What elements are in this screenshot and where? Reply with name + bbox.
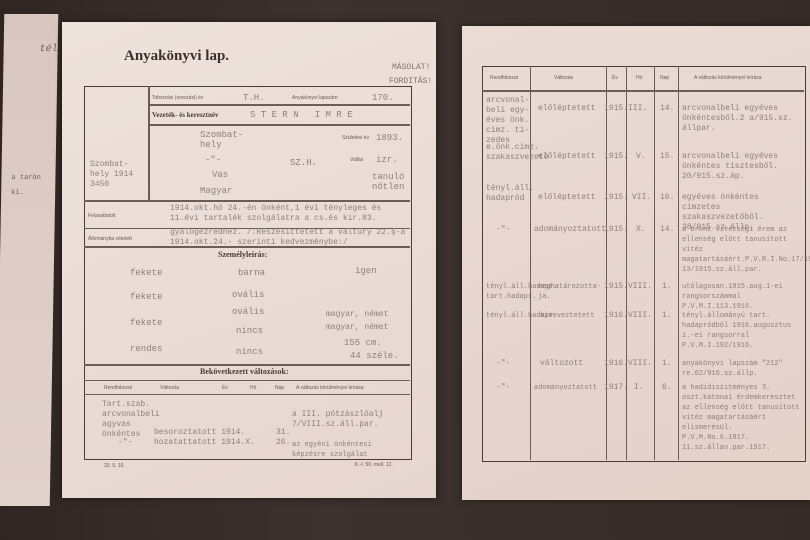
speaks-value: magyar, német (326, 310, 388, 320)
hair-value: fekete (130, 268, 162, 278)
face-value: ovális (232, 307, 264, 317)
reg-no-value: 170. (372, 93, 394, 103)
row-month: I. (634, 383, 644, 393)
row-year: 1915. (604, 152, 628, 162)
row-month: X. (636, 225, 646, 235)
row-desc: anyakönyvi lapszám "212" re.62/916.sz.ál… (682, 359, 802, 379)
change-desc: a III. pótzászlóalj 7/VIII.sz.áll.par. (292, 410, 404, 430)
height-value: 155 cm. (344, 338, 382, 348)
birth-place: Szombat-hely (200, 130, 246, 150)
col-year: Év (222, 385, 228, 391)
fragment-text: ki. (11, 189, 24, 197)
col-month: Hó (636, 75, 642, 81)
change-type: hozatattatott 1914.X. (154, 438, 255, 448)
copy-stamp: MÁSOLAT! (392, 63, 430, 72)
row-month: V. (636, 152, 646, 162)
left-document-fragment: tél a tarön ki. (0, 14, 58, 506)
row-day: 16. (660, 193, 674, 203)
row-month: III. (628, 104, 647, 114)
row-month: VII. (632, 193, 651, 203)
status-label: Állományba vétetett (88, 236, 132, 242)
col-change: Változás (554, 75, 573, 81)
row-change: előléptetett (538, 104, 596, 114)
birth-year-value: 1893. (376, 133, 403, 143)
row-change: változott (540, 359, 583, 369)
recruit-year-label: Toborzási (sorozási) év (152, 95, 203, 101)
residence-district: SZ.H. (290, 158, 317, 168)
row-year: 1916. (604, 311, 628, 321)
row-change: adományoztatott (534, 383, 598, 393)
row-month: VIII. (628, 359, 652, 369)
marks-value: nincs (236, 326, 263, 336)
name-label: Vezeték- és keresztnév (152, 111, 218, 119)
entry-value: 1914.okt.hó 24.-én önként,1 évi ténylege… (170, 204, 408, 224)
writes-value: magyar, német (326, 323, 388, 333)
birth-county: Vas (212, 170, 228, 180)
col-desc: A változás körülményei leírása (296, 385, 364, 391)
eyebrows-value: fekete (130, 318, 162, 328)
row-day: 1. (662, 282, 672, 292)
row-change: előléptetett (538, 152, 596, 162)
footer-right: K.-I. 50. mell. 12. (355, 462, 393, 468)
row-desc: arcvonalbeli egyéves önkéntesből.2 a/915… (682, 104, 802, 134)
change-type: besoroztatott 1914. (154, 428, 245, 438)
row-desc: a bronz vitézségi érem az ellenség előtt… (682, 225, 802, 275)
row-day: 15. (660, 152, 674, 162)
col-change: Változás (160, 385, 179, 391)
birth-country: Magyar (200, 186, 232, 196)
change-day: 31. (276, 428, 290, 438)
birth-year-label: Születési év (342, 135, 369, 141)
row-rank: -"- (496, 225, 510, 235)
occupation-value: tanuló nőtlen (372, 172, 408, 192)
row-year: 1915. (604, 225, 628, 235)
chin-value: ovális (232, 290, 264, 300)
changes-title: Bekövetkezett változások: (200, 367, 289, 376)
row-desc: arcvonalbeli egyéves önkéntes tisztesből… (682, 152, 802, 182)
row-desc: tényl.állományú tart. hadapródból 1916.a… (682, 311, 802, 351)
row-rank: -"- (496, 383, 510, 393)
name-value: S T E R N I M R E (250, 110, 353, 120)
eyes-value: fekete (130, 292, 162, 302)
row-year: 1916. (604, 359, 628, 369)
col-rank: Rendfokozat (104, 385, 132, 391)
fragment-text: tél (40, 44, 58, 55)
row-day: 6. (662, 383, 672, 393)
footer-left: 20. 5. 16. (104, 463, 125, 469)
shoe-value: 44 széle. (350, 351, 399, 361)
col-year: Év (612, 75, 618, 81)
mouth-value: barna (238, 268, 265, 278)
side-note: Szombat-hely 1914 3450 (90, 160, 140, 190)
reg-no-label: Anyakönyvi lapszám (292, 95, 338, 101)
row-rank: e.önk.cimz. szakaszvezető (486, 143, 530, 163)
row-change: előléptetett (538, 193, 596, 203)
col-month: Hó (250, 385, 256, 391)
birth-district: -"- (205, 155, 221, 165)
row-day: 1. (662, 359, 672, 369)
row-day: 1. (662, 311, 672, 321)
entry-label: Felavattatott (88, 213, 116, 219)
description-title: Személyleírás: (218, 250, 267, 259)
row-day: 14. (660, 104, 674, 114)
row-year: 1915. (604, 104, 628, 114)
status-value: gyalogezredhez. /:Részesíttetett a váltü… (170, 228, 408, 248)
row-year: 1917. (604, 383, 628, 393)
row-change: meghatározotta-ja. (538, 282, 602, 302)
tall-value: igen (355, 266, 377, 276)
fragment-text: a tarön (11, 174, 41, 182)
col-day: Nap (275, 385, 284, 391)
row-rank: tényl.áll.hadapr. tart.hadapr. (486, 282, 536, 302)
row-month: VIII. (628, 311, 652, 321)
change-rank: -"- (118, 438, 132, 448)
row-change: kineveztetett (540, 311, 595, 321)
translation-stamp: FORDITÁS! (389, 77, 432, 86)
change-day: 26. (276, 438, 290, 448)
col-rank: Rendfokozat (490, 75, 518, 81)
row-change: adományoztatott (534, 225, 598, 235)
col-day: Nap (660, 75, 669, 81)
change-desc: az egyéni önkéntesi képzésre szolgálat (292, 440, 404, 460)
row-desc: utólagosan.1915.aug.1-ei rangsorszámmal … (682, 282, 802, 312)
change-rank: Tart.szab. arcvonalbeli agyvas önkéntes (102, 400, 152, 440)
nose-value: rendes (130, 344, 162, 354)
religion-label: Vallás (350, 157, 363, 163)
religion-value: izr. (376, 155, 398, 165)
row-year: 1915. (604, 282, 628, 292)
row-rank: arcvonal-beli egy-éves önk. cimz. ti-zed… (486, 96, 530, 146)
row-rank: tényl.áll.hadapr. (486, 311, 536, 321)
recruit-year-value: T.H. (243, 93, 265, 103)
row-rank: -"- (496, 359, 510, 369)
row-month: VIII. (628, 282, 652, 292)
row-year: 1915. (604, 193, 628, 203)
row-day: 14. (660, 225, 674, 235)
col-desc: A változás körülményei leírása (694, 75, 762, 81)
defects-value: nincs (236, 347, 263, 357)
row-rank: tényl.áll. hadapród (486, 184, 536, 204)
sheet-title: Anyakönyvi lap. (124, 48, 229, 65)
row-desc: a hadidiszitményes 3. oszt.katonai érdem… (682, 383, 802, 453)
